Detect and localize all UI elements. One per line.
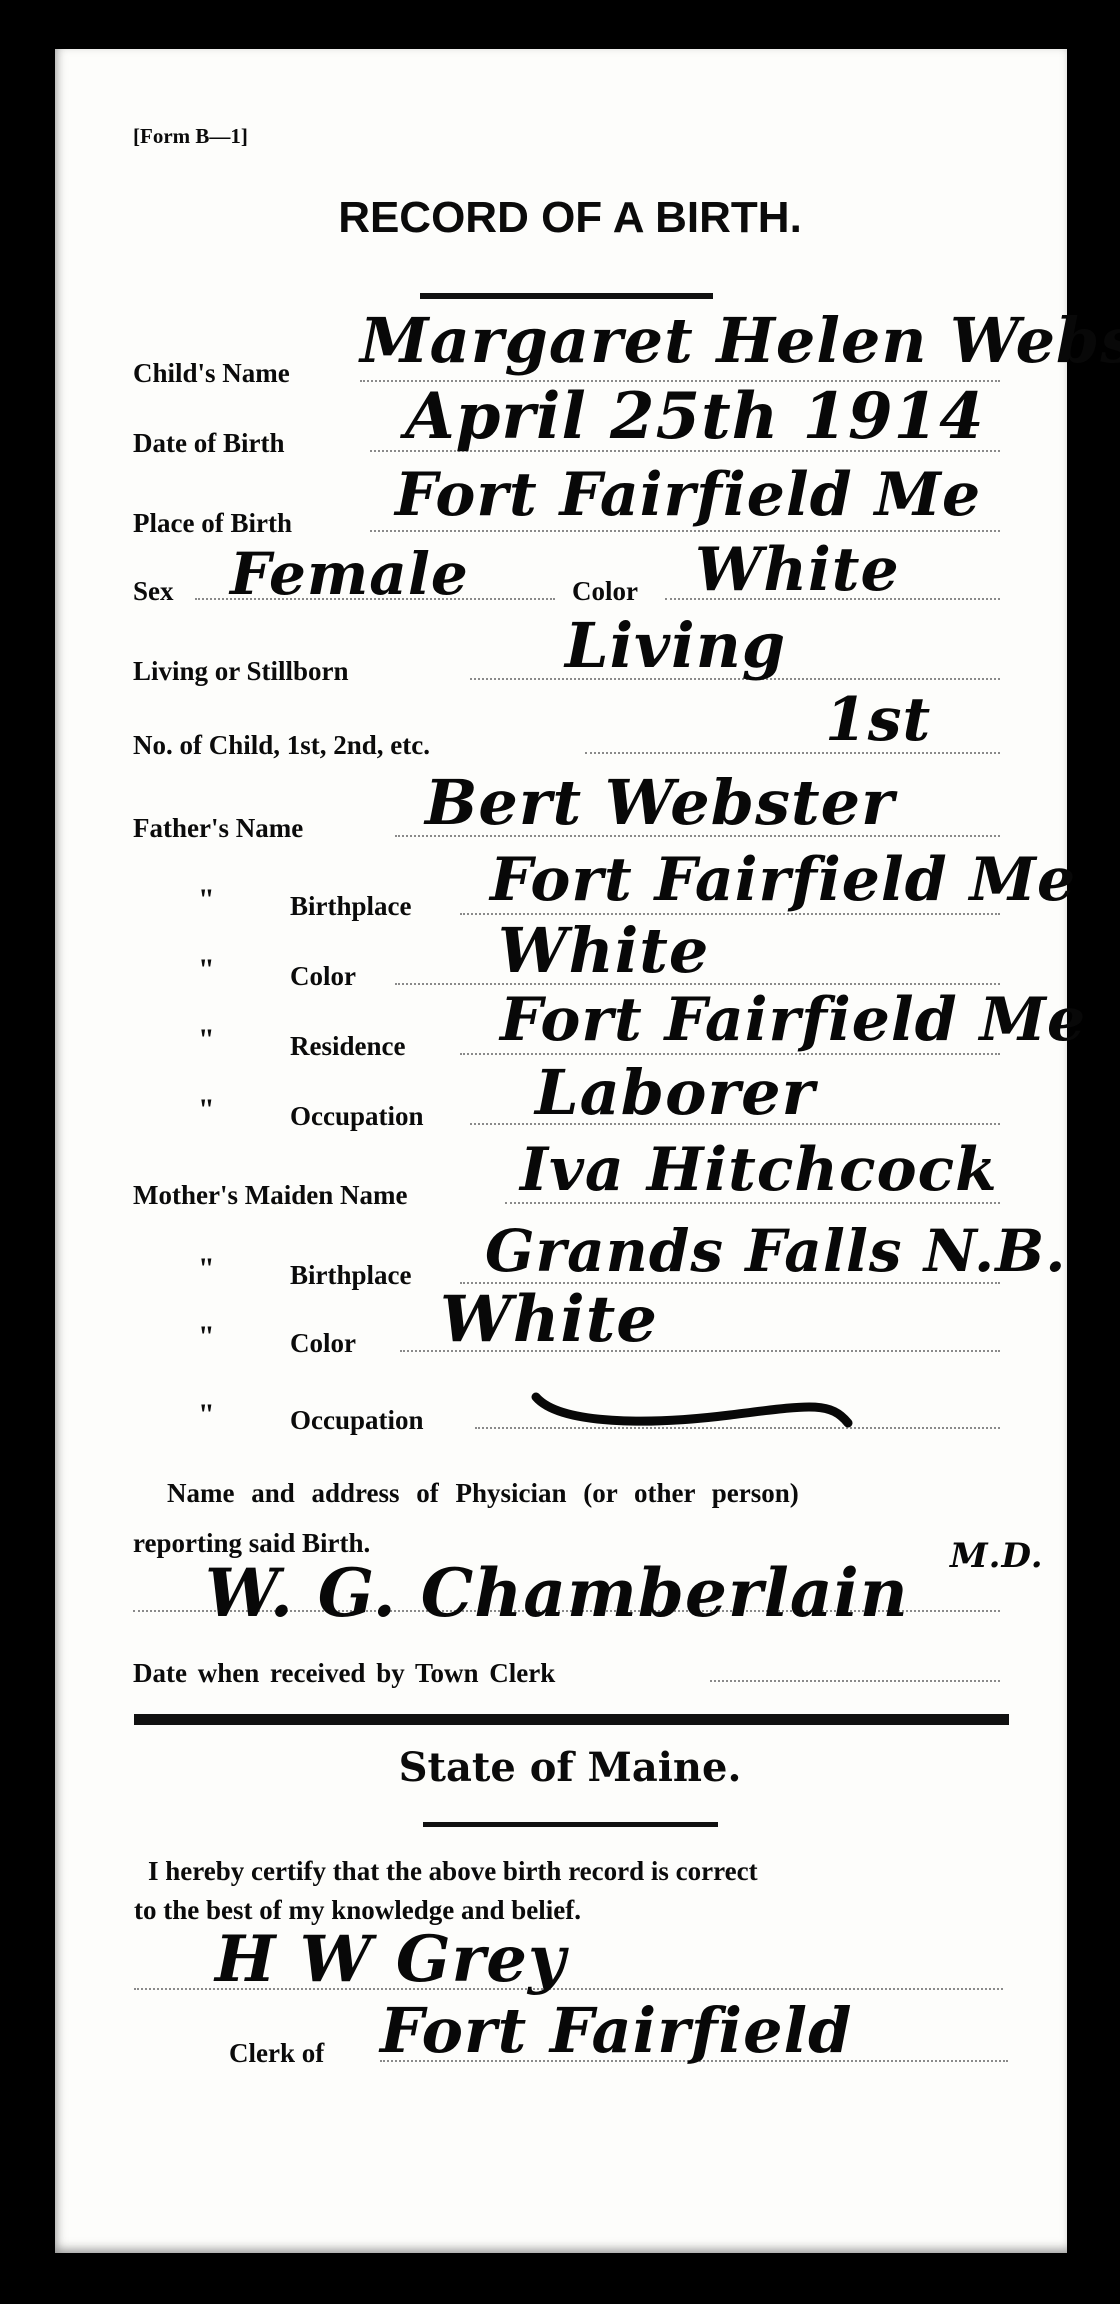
state-divider — [423, 1822, 718, 1827]
page-title: RECORD OF A BIRTH. — [0, 196, 1120, 240]
no-of-child-label: No. of Child, 1st, 2nd, etc. — [133, 732, 430, 759]
physician-suffix: M.D. — [950, 1540, 990, 1572]
mother-maiden-name-label: Mother's Maiden Name — [133, 1182, 407, 1209]
clerk-town-value[interactable]: Fort Fairfield — [380, 2000, 852, 2062]
ditto-mark: " — [198, 885, 215, 915]
father-birthplace-value[interactable]: Fort Fairfield Me — [490, 850, 1076, 910]
date-received-label: Date when received by Town Clerk — [133, 1660, 555, 1687]
no-of-child-value[interactable]: 1st — [825, 690, 931, 750]
ditto-mark: " — [198, 1322, 215, 1352]
place-of-birth-value[interactable]: Fort Fairfield Me — [395, 465, 981, 525]
father-birthplace-label: Birthplace — [290, 893, 412, 920]
no-of-child-line — [585, 752, 1000, 754]
ditto-mark: " — [198, 1025, 215, 1055]
ditto-mark: " — [198, 1254, 215, 1284]
sex-value[interactable]: Female — [230, 545, 469, 603]
form-number: [Form B—1] — [133, 126, 248, 147]
mother-color-label: Color — [290, 1330, 356, 1357]
clerk-signature[interactable]: H W Grey — [215, 1928, 566, 1992]
ditto-mark: " — [198, 1095, 215, 1125]
father-color-label: Color — [290, 963, 356, 990]
date-of-birth-label: Date of Birth — [133, 430, 284, 457]
living-or-stillborn-label: Living or Stillborn — [133, 658, 349, 685]
ditto-mark: " — [198, 955, 215, 985]
state-heading: State of Maine. — [0, 1748, 1120, 1788]
color-value[interactable]: White — [695, 540, 900, 600]
place-of-birth-label: Place of Birth — [133, 510, 292, 537]
child-name-value[interactable]: Margaret Helen Webster — [360, 310, 1120, 372]
physician-value[interactable]: W. G. Chamberlain — [205, 1560, 909, 1626]
physician-label-line2: reporting said Birth. — [133, 1530, 370, 1557]
mother-occupation-dash-mark — [530, 1385, 860, 1445]
clerk-of-label: Clerk of — [229, 2040, 324, 2067]
date-of-birth-value[interactable]: April 25th 1914 — [405, 385, 985, 449]
sex-label: Sex — [133, 578, 174, 605]
color-label: Color — [572, 578, 638, 605]
father-residence-value[interactable]: Fort Fairfield Me — [500, 990, 1086, 1050]
father-color-value[interactable]: White — [498, 920, 709, 982]
section-divider — [134, 1714, 1009, 1725]
mother-birthplace-value[interactable]: Grands Falls N.B. — [485, 1222, 1066, 1280]
father-name-label: Father's Name — [133, 815, 303, 842]
physician-label-line1: Name and address of Physician (or other … — [167, 1480, 799, 1507]
mother-birthplace-label: Birthplace — [290, 1262, 412, 1289]
father-residence-label: Residence — [290, 1033, 405, 1060]
mother-color-value[interactable]: White — [440, 1288, 658, 1352]
child-name-label: Child's Name — [133, 360, 290, 387]
place-of-birth-line — [370, 530, 1000, 532]
mother-occupation-label: Occupation — [290, 1407, 424, 1434]
title-divider — [420, 293, 713, 299]
certification-line1: I hereby certify that the above birth re… — [148, 1858, 758, 1885]
father-occupation-label: Occupation — [290, 1103, 424, 1130]
mother-maiden-name-value[interactable]: Iva Hitchcock — [520, 1140, 998, 1200]
father-name-value[interactable]: Bert Webster — [425, 772, 895, 834]
date-received-line[interactable] — [710, 1680, 1000, 1682]
ditto-mark: " — [198, 1400, 215, 1430]
father-occupation-value[interactable]: Laborer — [535, 1062, 815, 1124]
living-or-stillborn-value[interactable]: Living — [565, 615, 786, 677]
certification-line2: to the best of my knowledge and belief. — [134, 1897, 581, 1924]
